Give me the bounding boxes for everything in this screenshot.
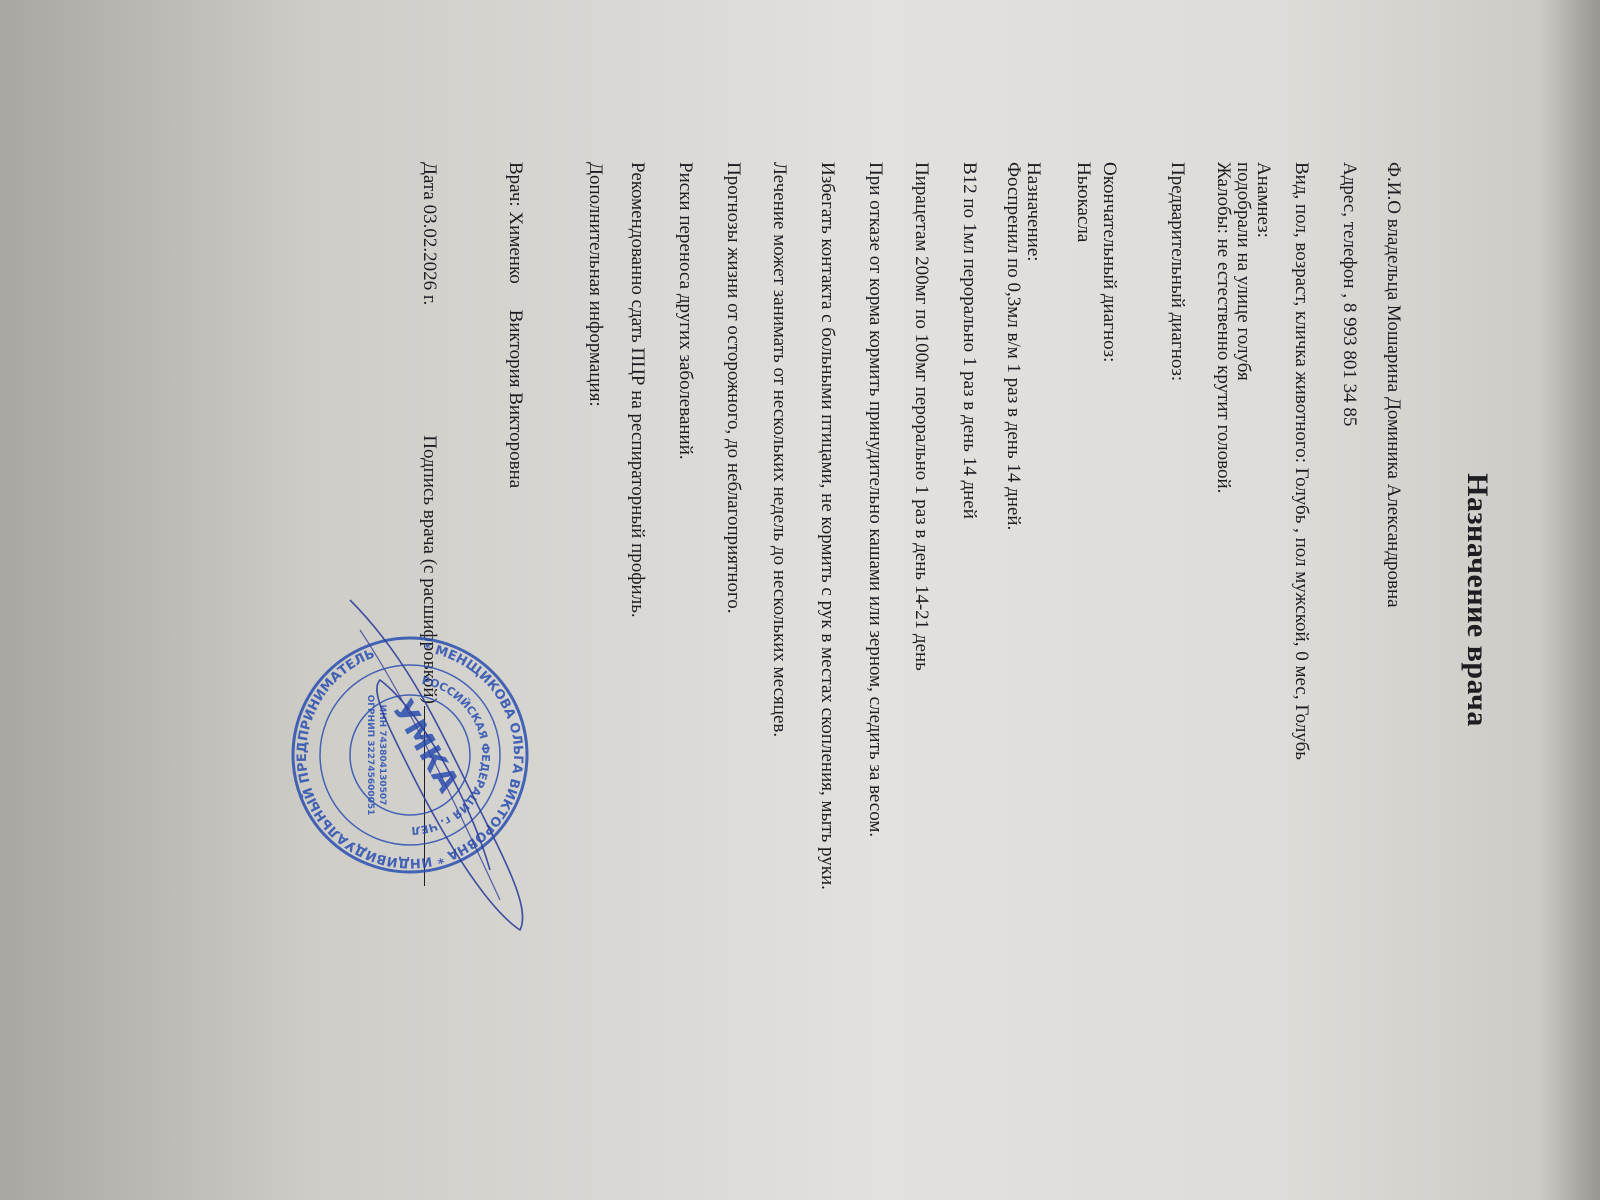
prescription-item: В12 по 1мл перорально 1 раз в день 14 дн… <box>958 162 980 519</box>
prescription-item: Пирацетам 200мг по 100мг перорально 1 ра… <box>910 162 932 671</box>
doctor-line: Врач: ХименкоВиктория Викторовна <box>504 162 526 488</box>
prescription-item: Риски переноса других заболеваний. <box>674 162 696 460</box>
document-title: Назначение врача <box>1460 0 1494 1200</box>
additional-info-label: Дополнительная информация: <box>584 162 606 407</box>
address-line: Адрес, телефон , 8 993 801 34 85 <box>1338 162 1360 426</box>
doctor-name: Виктория Викторовна <box>505 310 526 488</box>
final-diagnosis-value: Ньюкасла <box>1072 162 1094 242</box>
prescription-label: Назначение: <box>1022 162 1044 262</box>
anamnesis-label: Анамнез: <box>1252 162 1274 238</box>
prescription-sheet: Назначение врача Ф.И.О владельца Мошарин… <box>0 0 1600 1200</box>
anamnesis-text: подобрали на улице голубя <box>1232 162 1254 381</box>
preliminary-diagnosis-label: Предварительный диагноз: <box>1166 162 1188 381</box>
complaints-line: Жалобы: не естественно крутит головой. <box>1212 162 1234 493</box>
date-text: Дата 03.02.2026 г. <box>419 162 440 305</box>
final-diagnosis-label: Окончательный диагноз: <box>1098 162 1120 362</box>
prescription-item: Лечение может занимать от нескольких нед… <box>768 162 790 737</box>
prescription-item: Рекомендованно сдать ПЦР на респираторны… <box>626 162 648 618</box>
owner-line: Ф.И.О владельца Мошарина Доминика Алекса… <box>1382 162 1404 608</box>
prescription-item: При отказе от корма кормить принудительн… <box>864 162 886 837</box>
prescription-item: Избегать контакта с больными птицами, не… <box>816 162 838 890</box>
prescription-item: Фоспренил по 0,3мл в/м 1 раз в день 14 д… <box>1002 162 1024 530</box>
doctor-surname: Хименко <box>505 211 526 283</box>
doctor-label: Врач: <box>505 162 526 207</box>
animal-line: Вид, пол, возраст, кличка животного: Гол… <box>1290 162 1312 760</box>
handwritten-signature <box>300 570 560 970</box>
prescription-item: Прогнозы жизни от осторожного, до неблаг… <box>722 162 744 614</box>
